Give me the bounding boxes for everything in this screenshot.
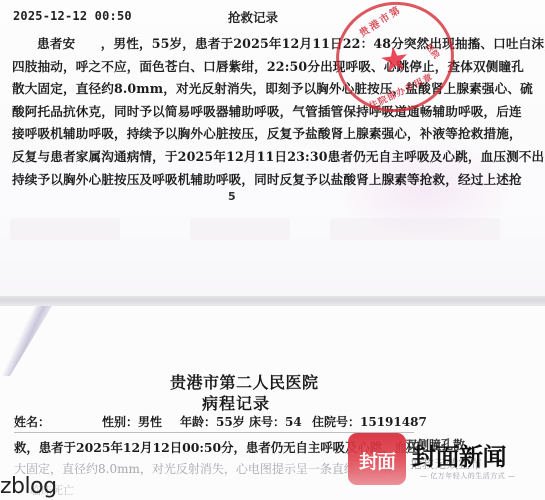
admission-number-field: 住院号：15191487 bbox=[312, 413, 427, 430]
page-curl bbox=[0, 306, 52, 376]
stamp-arc-top: 贵港市第 bbox=[356, 1, 404, 40]
zblog-watermark: zblog bbox=[0, 474, 57, 500]
cover-news-slogan: — 亿万年轻人的生活方式 — bbox=[420, 471, 515, 481]
cover-news-logo-icon: 封面 bbox=[348, 433, 406, 485]
star-icon: ★ bbox=[377, 41, 412, 79]
bleed-through-text bbox=[330, 218, 500, 240]
page-divider bbox=[0, 296, 545, 306]
bed-field: 床号：54 bbox=[249, 413, 302, 430]
patient-info-row: 姓名： 性别：男性 年龄：55岁 床号：54 住院号：15191487 bbox=[14, 413, 414, 433]
page-title: 抢救记录 bbox=[228, 8, 278, 26]
body-line: 反复与患者家属沟通病情，于2025年12月11日23:30患者仍无自主呼吸及心跳… bbox=[12, 146, 457, 169]
bleed-through-text bbox=[190, 218, 290, 240]
record-title: 病程记录 bbox=[202, 391, 270, 414]
stamp-side: 医院 bbox=[423, 42, 442, 61]
cover-news-brand: 封面新闻 bbox=[412, 437, 506, 472]
hospital-name: 贵港市第二人民医院 bbox=[170, 370, 319, 393]
age-field: 年龄：55岁 bbox=[180, 413, 245, 430]
note-line: 大固定，直径约8.0mm，对光反射消失，心电图提示呈一条直线，于00 bbox=[14, 460, 395, 477]
stamp-text: 贵港市第 ★ 医院 住院部办专用章 bbox=[332, 0, 457, 116]
bleed-through-text bbox=[10, 218, 120, 240]
page-number: 5 bbox=[228, 190, 236, 203]
cover-logo-text: 封面 bbox=[350, 447, 404, 474]
rescue-record-page: 2025-12-12 00:50 抢救记录 患者安 ，男性，55岁，患者于202… bbox=[0, 0, 545, 296]
hospital-seal-stamp: 贵港市第 ★ 医院 住院部办专用章 bbox=[329, 0, 461, 120]
name-label: 姓名： bbox=[14, 413, 50, 430]
body-line: 持续予以胸外心脏按压及呼吸机辅助呼吸，同时反复予以盐酸肾上腺素等抢救，经过上述抢 bbox=[12, 169, 457, 192]
record-datetime: 2025-12-12 00:50 bbox=[13, 9, 132, 23]
gender-field: 性别：男性 bbox=[102, 413, 162, 430]
body-line: 接呼吸机辅助呼吸，持续予以胸外心脏按压，反复予盐酸肾上腺素强心，补液等抢救措施， bbox=[12, 123, 457, 146]
